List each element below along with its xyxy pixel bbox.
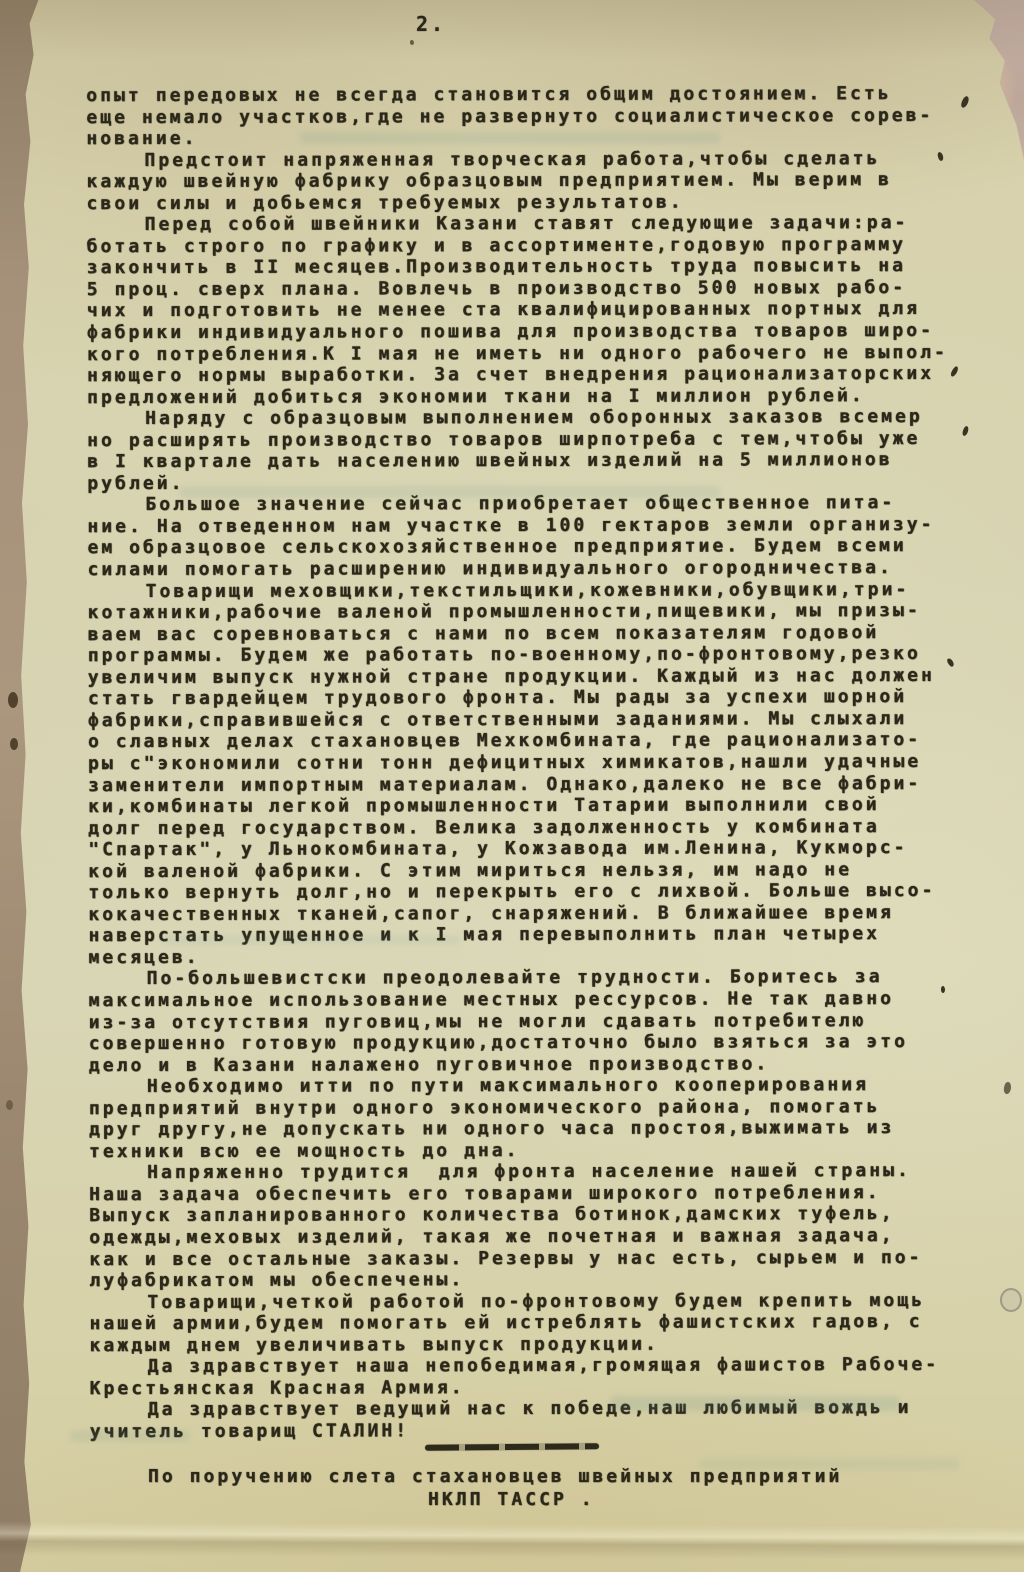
typed-line: Товарищи,четкой работой по-фронтовому бу… [89, 1289, 989, 1313]
faded-stamp-mark [1000, 1288, 1022, 1312]
typed-line: ваем вас соревноваться с нами по всем по… [88, 621, 988, 645]
typed-line: луфабрикатом мы обеспечены. [89, 1268, 989, 1292]
bleed-through-mark [300, 132, 720, 144]
typed-line: максимальное использование местных рессу… [89, 988, 989, 1012]
typed-line: каждым днем увеличивать выпуск продукции… [89, 1333, 989, 1357]
typed-text-block: опыт передовых не всегда становится общи… [86, 83, 990, 1443]
typed-line: еще немало участков,где не развернуто со… [86, 104, 986, 128]
edge-stain [6, 1100, 13, 1110]
edge-stain [8, 692, 18, 708]
typed-line: кой валеной фабрики. С этим мириться нел… [88, 859, 988, 883]
typed-line: кокачественных тканей,сапог, снаряжений.… [88, 902, 988, 926]
typed-line: Товарищи меховщики,текстильщики,кожевник… [88, 578, 988, 602]
typed-line: силами помогать расширению индивидуально… [87, 557, 987, 581]
typed-line: заменители импортным материалам. Однако,… [88, 772, 988, 796]
typed-line: в I квартале дать населению швейных изде… [87, 449, 987, 473]
typed-line: Предстоит напряженная творческая работа,… [86, 147, 986, 171]
typed-line: учитель товарищ СТАЛИН! [90, 1419, 990, 1443]
typed-line: друг другу,не допускать ни одного часа п… [89, 1117, 989, 1141]
typed-line: свои силы и добьемся требуемых результат… [87, 191, 987, 215]
typed-line: котажники,рабочие валеной промышленности… [88, 600, 988, 624]
typed-line: Наша задача обеспечить его товарами широ… [89, 1182, 989, 1206]
typed-line: одежды,меховых изделий, такая же почетна… [89, 1225, 989, 1249]
typed-line: Выпуск запланированного количества ботин… [89, 1203, 989, 1227]
typed-line: Перед собой швейники Казани ставят следу… [87, 212, 987, 236]
page-number: 2. [416, 12, 446, 36]
bleed-through-mark [700, 1458, 960, 1470]
bleed-through-mark [610, 1396, 900, 1411]
typed-line: программы. Будем же работать по-военному… [88, 643, 988, 667]
typed-line: Напряженно трудится для фронта население… [89, 1160, 989, 1184]
typed-line: только вернуть долг,но и перекрыть его с… [88, 880, 988, 904]
typed-line: чих и подготовить не менее ста квалифици… [87, 298, 987, 322]
typed-line: ки,комбинаты легкой промышленности Татар… [88, 794, 988, 818]
typed-line: ние. На отведенном нам участке в 100 гек… [87, 514, 987, 538]
typed-line: "Спартак", у Льнокомбината, у Кожзавода … [88, 837, 988, 861]
typed-line: долг перед государством. Велика задолжен… [88, 815, 988, 839]
typed-line: опыт передовых не всегда становится общи… [86, 83, 986, 107]
closing-organization: НКЛП ТАССР . [428, 1489, 595, 1510]
bleed-through-mark [180, 486, 720, 498]
typed-line: совершенно готовую продукцию,достаточно … [89, 1031, 989, 1055]
typed-line: 5 проц. сверх плана. Вовлечь в производс… [87, 277, 987, 301]
typed-line: о славных делах стахановцев Мехкомбината… [88, 729, 988, 753]
typed-line: каждую швейную фабрику образцовым предпр… [86, 169, 986, 193]
typed-line: стать гвардейцем трудового фронта. Мы ра… [88, 686, 988, 710]
typed-line: предложений добиться экономии ткани на I… [87, 384, 987, 408]
document-scan: 2. опыт передовых не всегда становится о… [0, 0, 1024, 1572]
typed-line: Наряду с образцовым выполнением оборонны… [87, 406, 987, 430]
typed-line: Необходимо итти по пути максимального ко… [89, 1074, 989, 1098]
typed-line: кого потребления.К I мая не иметь ни одн… [87, 341, 987, 365]
typed-line: как и все остальные заказы. Резервы у на… [89, 1246, 989, 1270]
typed-line: месяцев. [88, 945, 988, 969]
typed-line: няющего нормы выработки. За счет внедрен… [87, 363, 987, 387]
typed-line: фабрики индивидуального пошива для произ… [87, 320, 987, 344]
typed-line: из-за отсутствия пуговиц,мы не могли сда… [89, 1009, 989, 1033]
top-shadow [0, 0, 1024, 60]
typed-line: дело и в Казани налажено пуговичное прои… [89, 1052, 989, 1076]
bleed-through-mark [160, 935, 460, 945]
typed-line: фабрики,справившейся с ответственными за… [88, 708, 988, 732]
typed-line: По-большевистски преодолевайте трудности… [89, 966, 989, 990]
typed-line: ботать строго по графику и в ассортимент… [87, 234, 987, 258]
typed-line: Да здравствует наша непобедимая,громящая… [90, 1354, 990, 1378]
bleed-through-mark [70, 1430, 190, 1442]
typed-line: ры с"экономили сотни тонн дефицитных хим… [88, 751, 988, 775]
typed-line: ем образцовое сельскохозяйственное предп… [87, 535, 987, 559]
typed-line: предприятий внутри одного экономического… [89, 1096, 989, 1120]
typed-line: закончить в II месяцев.Производительност… [87, 255, 987, 279]
typed-line: увеличим выпуск нужной стране продукции.… [88, 665, 988, 689]
typed-line: техники всю ее мощность до дна. [89, 1139, 989, 1163]
typed-line: нашей армии,будем помогать ей истреблять… [89, 1311, 989, 1335]
typed-line: но расширять производство товаров ширпот… [87, 428, 987, 452]
fold-crease [0, 1521, 1024, 1560]
ink-speck [410, 40, 414, 45]
edge-stain [10, 738, 18, 750]
ink-speck [941, 986, 945, 993]
